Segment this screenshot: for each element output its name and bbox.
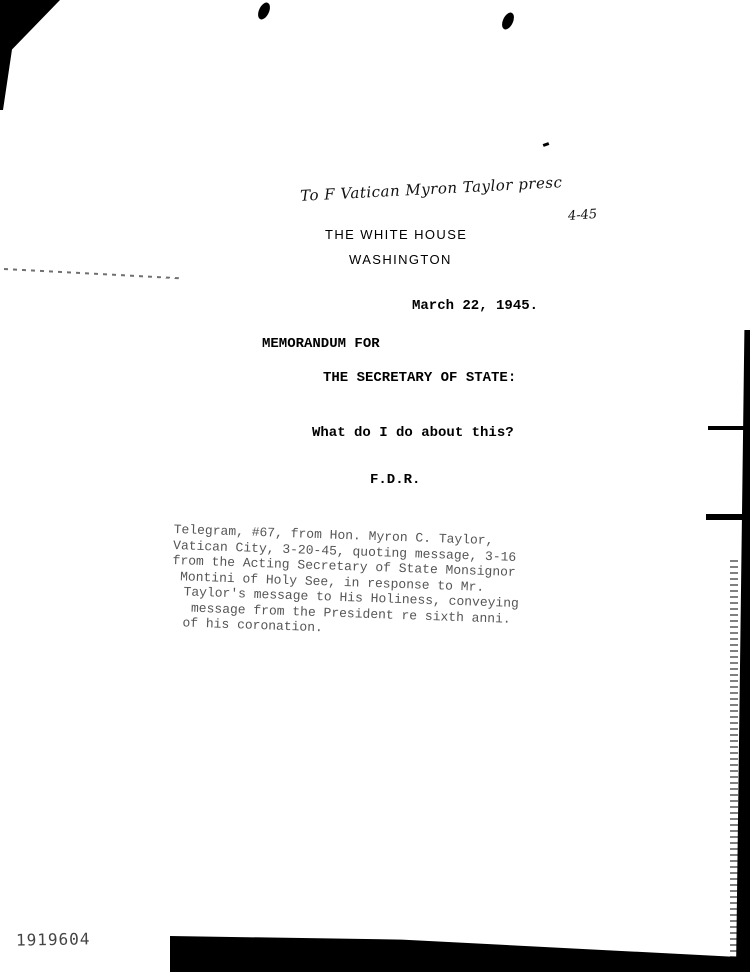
memo-addressee: THE SECRETARY OF STATE: xyxy=(323,370,516,386)
faint-dotted-line xyxy=(4,268,182,279)
memo-heading: MEMORANDUM FOR xyxy=(262,336,380,352)
memo-date: March 22, 1945. xyxy=(412,298,538,314)
scan-tab-mark xyxy=(708,426,744,430)
handwritten-annotation: To F Vatican Myron Taylor presc xyxy=(300,173,563,205)
hole-punch-mark xyxy=(256,1,273,22)
scan-border-bottom xyxy=(170,936,750,972)
scanned-memo-page: To F Vatican Myron Taylor presc 4-45 THE… xyxy=(0,0,750,972)
hole-punch-mark xyxy=(500,11,517,32)
ink-speck xyxy=(543,142,550,147)
telegram-note: Telegram, #67, from Hon. Myron C. Taylor… xyxy=(170,522,584,645)
letterhead-title: THE WHITE HOUSE xyxy=(325,227,467,242)
handwritten-date: 4-45 xyxy=(568,207,598,224)
archive-number: 1919604 xyxy=(16,929,91,949)
letterhead-location: WASHINGTON xyxy=(349,252,452,267)
scan-noise-right xyxy=(730,560,738,960)
scan-tab-mark xyxy=(706,514,744,520)
memo-signature: F.D.R. xyxy=(370,472,420,488)
scan-border-top-left xyxy=(0,0,60,110)
memo-body: What do I do about this? xyxy=(312,425,514,441)
